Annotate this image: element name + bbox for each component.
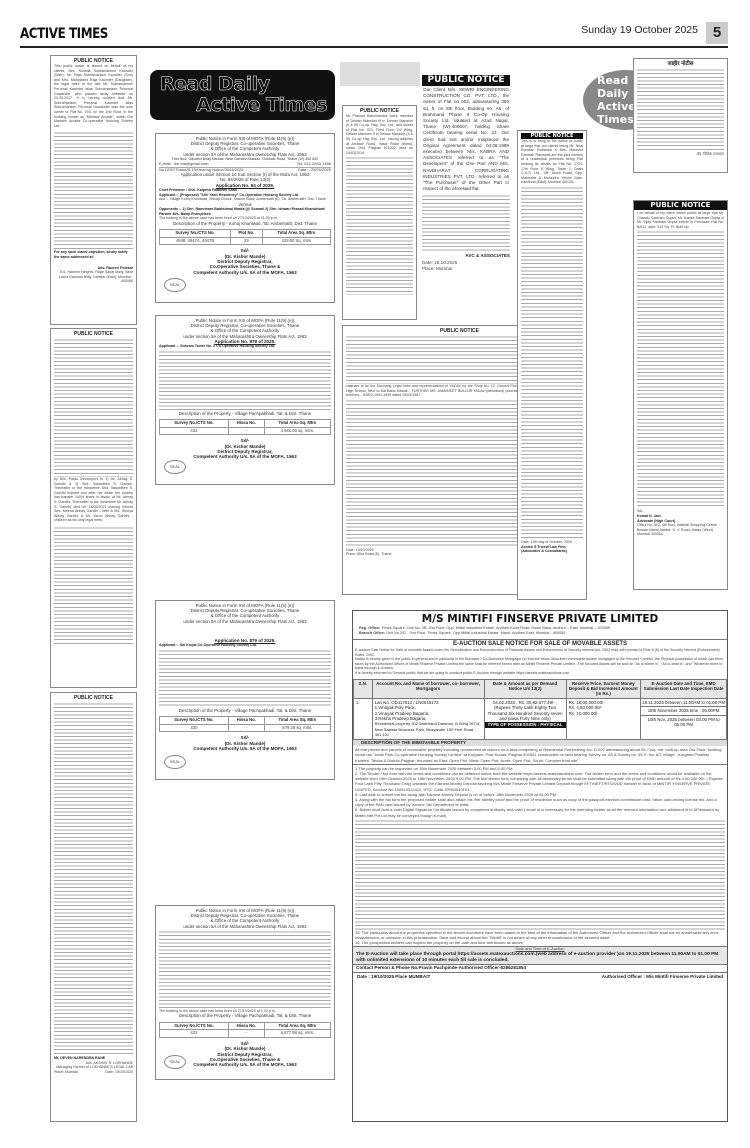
notice-address: 201, Harleen Heights, Rajar Sahaj Marg, … — [54, 270, 133, 284]
table-header-auction-date: E-Auction Date and Time, EMD Submission … — [641, 679, 727, 698]
auction-intro-3: It is hereby informed to General public … — [353, 671, 727, 676]
terms-continued — [355, 818, 725, 930]
table-header: Survey No./CTS No. — [160, 229, 231, 237]
table-header: Survey No./CTS No. — [160, 420, 229, 428]
description-heading: DESCRIPTION OF THE IMMOVABLE PROPERTY — [353, 740, 727, 747]
term-item: 16. The prospective bidders can inspect … — [355, 940, 725, 945]
form13-property: Description of the Property - Kohoj Khun… — [159, 221, 331, 226]
seal-stamp: SEAL — [164, 1055, 186, 1069]
form13-email: E-mail:- ddr.tna@gmail.com — [159, 162, 208, 167]
table-header-account: Account No. and Name of borrower, co- bo… — [372, 679, 484, 698]
table-header: Survey No./CTS No. — [160, 717, 229, 725]
table-cell: 430 — [160, 724, 229, 732]
table-header: Total Area Sq. Mtrs — [262, 229, 330, 237]
reg-office-label: Reg. Office: — [359, 626, 380, 630]
footer-authorised-officer: Authorised Officer : M/s Mintifi Finserv… — [602, 975, 723, 980]
form13-opponents: Opponents :- 1) Shri. Ramniwas Babhutmal… — [159, 207, 331, 216]
table-cell: 4948, 4947A, 4947B — [160, 237, 231, 245]
notice-heading: PUBLIC NOTICE — [422, 75, 510, 86]
form13-officer-title3: Competent Authority U/s. 5A of the MOFA,… — [159, 746, 331, 751]
table-header-sn: S.N. — [354, 679, 373, 698]
table-header-reserve: Reserve Price, Earnest Money Deposit & B… — [566, 679, 641, 698]
form13-section: under section 5A of the Maharashtra Owne… — [159, 924, 331, 929]
table-cell: 6,877.98 sq. mtrs. — [264, 1030, 330, 1038]
form13-notice-2: Public Notice in Form XIII of MOFA (Rule… — [155, 315, 335, 485]
notice-body: Our Client M/s. SEWRI ENGINEERING CONSTR… — [422, 86, 510, 193]
public-notice-joshi: PUBLIC NOTICE Mr. Pramod Ramchandra Josh… — [342, 105, 417, 320]
notice-body — [637, 67, 724, 152]
cell-sn: 1. — [354, 698, 373, 739]
page-number: 5 — [706, 22, 728, 44]
table-header: Hissa No. — [228, 420, 264, 428]
table-cell: - — [228, 1030, 264, 1038]
form13-body — [159, 929, 331, 1009]
notice-body: Mr. Pramod Ramchandra Joshi, member of D… — [346, 114, 413, 155]
table-header: Plot No. — [231, 229, 263, 237]
form13-property: Description of the Property - Village Pa… — [159, 708, 331, 713]
notice-body — [54, 337, 133, 477]
masthead: ACTIVE TIMES Sunday 19 October 2025 5 — [20, 22, 728, 44]
notice-body: I on behalf of my client inform public a… — [637, 211, 724, 229]
newspaper-title: ACTIVE TIMES — [20, 26, 108, 42]
form13-property-table: Survey No./CTS No.Plot No.Total Area Sq.… — [159, 229, 331, 245]
public-notice-sewri: PUBLIC NOTICE Our Client M/s. SEWRI ENGI… — [422, 75, 510, 325]
term-item: 2. The Tender / bid form with the terms … — [355, 771, 725, 792]
date-time-text: The E-Auction will take place through po… — [353, 952, 727, 964]
notice-signatory: ॲड. विशिष्ठ उपाध्याय — [637, 152, 724, 157]
notice-heading: PUBLIC NOTICE — [634, 201, 727, 210]
form13-property-table: Survey No./CTS No.Hissa No.Total Area Sq… — [159, 716, 331, 732]
table-cell: 432 — [160, 427, 229, 435]
property-description: All that pieces and parcels of immovable… — [353, 746, 727, 764]
table-row: 1. Lan No. OD117512 / LN0018172 1.Vinaya… — [354, 698, 727, 739]
form13-officer-title3: Competent Authority U/s. 5A of the MOFA,… — [159, 270, 331, 275]
form13-property-table: Survey No./CTS No.Hissa No.Total Area Sq… — [159, 419, 331, 435]
public-notice-kaunder: PUBLIC NOTICE This public notice is issu… — [50, 55, 137, 325]
auction-notice-title: E-AUCTION SALE NOTICE FOR SALE OF MOVABL… — [353, 640, 727, 648]
blank-ad-space — [340, 62, 420, 86]
table-cell: - — [228, 427, 264, 435]
seal-stamp: SEAL — [164, 278, 186, 292]
form13-notice-1: Public Notice in Form XIII of MOFA (Rule… — [155, 133, 335, 303]
cell-auction-date: 19.11.2025 between 11.00AM to 01.00 PM — [641, 699, 726, 707]
table-header: Total Area Sq. Mtrs — [264, 420, 330, 428]
auction-intro-1: E-auction Sale Notice for Sale of movabl… — [353, 648, 727, 657]
notice-body-continued — [422, 193, 510, 253]
terms-list: 1.The property can be inspected on 10th … — [353, 764, 727, 947]
cell-inspection-date: 10th Nov. 2025 between 03.00 PM to 05.00… — [641, 716, 726, 729]
table-header: Survey No./CTS No. — [160, 1022, 229, 1030]
table-cell: 432 — [160, 1030, 229, 1038]
table-header: Total Area Sq. Mtrs — [264, 1022, 330, 1030]
notice-signatory: Ashish S Trivedi Law Firm (Advocates & C… — [521, 545, 583, 554]
auction-date-time-section: Date and Time of E-Auction The E-Auction… — [353, 946, 727, 964]
public-notice-rane: PUBLIC NOTICE Mr. DEVEN NARENDRA RANE Ad… — [50, 692, 137, 1122]
auction-footer: Date : 19/10/2025 Place MUMBAIT Authoris… — [353, 972, 727, 982]
table-cell: 425.60 Sq. mtrs — [262, 237, 330, 245]
notice-body-continued — [54, 525, 133, 645]
public-notice-rameshwal: PUBLIC NOTICE This is to bring to the no… — [517, 130, 587, 600]
read-daily-active-times-banner: Read Daily Active Times — [150, 70, 335, 120]
notice-body: This public notice is issued on behalf o… — [54, 64, 133, 128]
notice-excerpt: by M/s. Paras Developers to 1) Mr. Abhay… — [54, 477, 133, 523]
notice-address: Office No. 402, 4th floor, Vaishali Shop… — [637, 523, 724, 537]
footer-date-place: Date : 19/10/2025 Place MUMBAIT — [357, 975, 430, 980]
form13-property: Description of the Property - Village Pa… — [159, 1013, 331, 1018]
auction-table: S.N. Account No. and Name of borrower, c… — [353, 679, 727, 740]
cell-increment: Rs. 10,000.00/- — [569, 711, 639, 716]
form13-section: under section 5A of the Maharashtra Owne… — [159, 619, 331, 624]
banner-line-1: Read Daily — [160, 73, 270, 95]
form13-tel: Tel: 022-2533 1486 — [297, 162, 331, 167]
notice-body — [54, 701, 133, 1056]
public-notice-gupta: PUBLIC NOTICE I on behalf of my client i… — [633, 200, 728, 590]
form13-notice-4: Public Notice in Form XIII of MOFA (Rule… — [155, 905, 335, 1080]
possession-type-label: TYPE OF POSSESSION : PHYSICAL — [485, 722, 566, 727]
notice-body-continued — [346, 155, 413, 295]
reg-office-address: Times Square, Unit No. 3B, 2nd Floor, Op… — [381, 626, 610, 630]
notice-body-continued — [637, 229, 724, 509]
seal-stamp: SEAL — [164, 460, 186, 474]
form13-property-table: Survey No./CTS No.Hissa No.Total Area Sq… — [159, 1022, 331, 1038]
term-item: 5. Bidder shall hold a valid Digital Sig… — [355, 807, 725, 817]
contact-person: Contact Person & Phone No.Pravin Pachpin… — [353, 964, 727, 972]
table-header-demand: Date & Amount as per Demand Notice U/s 1… — [484, 679, 566, 698]
form13-property: Description of the Property - Village Pa… — [159, 411, 331, 416]
notice-date: Date: 19/10/2025 — [105, 1070, 133, 1075]
company-name: M/S MINTIFI FINSERVE PRIVATE LIMITED — [353, 613, 727, 626]
notice-claim-text: For any such claim/ objection, kindly no… — [54, 250, 133, 259]
form13-notice-3: Public Notice in Form XIII of MOFA (Rule… — [155, 600, 335, 780]
table-header: Hissa No. — [228, 1022, 264, 1030]
issue-date: Sunday 19 October 2025 — [581, 24, 698, 36]
cell-residential: Residential property 302 Walchand Darsha… — [375, 721, 482, 737]
notice-body-continued — [54, 130, 133, 250]
term-item: 4. Along with the bid form the proposed … — [355, 797, 725, 807]
table-cell: - — [228, 724, 264, 732]
table-cell: 4,661.00 sq. mtrs. — [264, 427, 330, 435]
notice-body: This is to bring to the notice of public… — [521, 139, 583, 185]
public-notice-gandhi: PUBLIC NOTICE by M/s. Paras Developers t… — [50, 328, 137, 688]
notice-place: Place: Mumbai — [422, 266, 510, 272]
marathi-public-notice: जाहीर नोटीस ॲड. विशिष्ठ उपाध्याय — [633, 58, 728, 173]
form13-opponents-list — [159, 349, 331, 411]
table-header: Total Area Sq. Mtrs — [264, 717, 330, 725]
branch-office-address: Unit No.202 , 2nd Floor, Times Square, O… — [386, 631, 565, 635]
banner-line-2: Active Times — [196, 94, 327, 116]
cell-emd-date: 18th November 2025 time : 05.00PM — [641, 707, 726, 715]
table-cell: 29 — [231, 237, 263, 245]
masthead-divider — [20, 46, 728, 48]
table-header: Hissa No. — [228, 717, 264, 725]
seal-stamp: SEAL — [164, 755, 186, 769]
form13-officer-title3: Competent Authority U/s. 5A of the MOFA,… — [159, 454, 331, 459]
notice-body-continued — [521, 185, 583, 540]
form13-opponents-list — [159, 648, 331, 708]
cell-demand: 04.02.2025 , Rs. 30,82,677.49/- ,(Rupees… — [485, 699, 566, 723]
notice-place: Place: Mumbai — [54, 1070, 78, 1075]
auction-intro-2: Notice is hereby given to the public in … — [353, 657, 727, 671]
branch-office-label: Branch Office: — [359, 631, 385, 635]
table-cell: 879.25 sq. mtrs. — [264, 724, 330, 732]
mintifi-auction-notice: M/S MINTIFI FINSERVE PRIVATE LIMITED Reg… — [352, 610, 728, 1122]
term-item: 15. The particulars about the properties… — [355, 930, 725, 940]
